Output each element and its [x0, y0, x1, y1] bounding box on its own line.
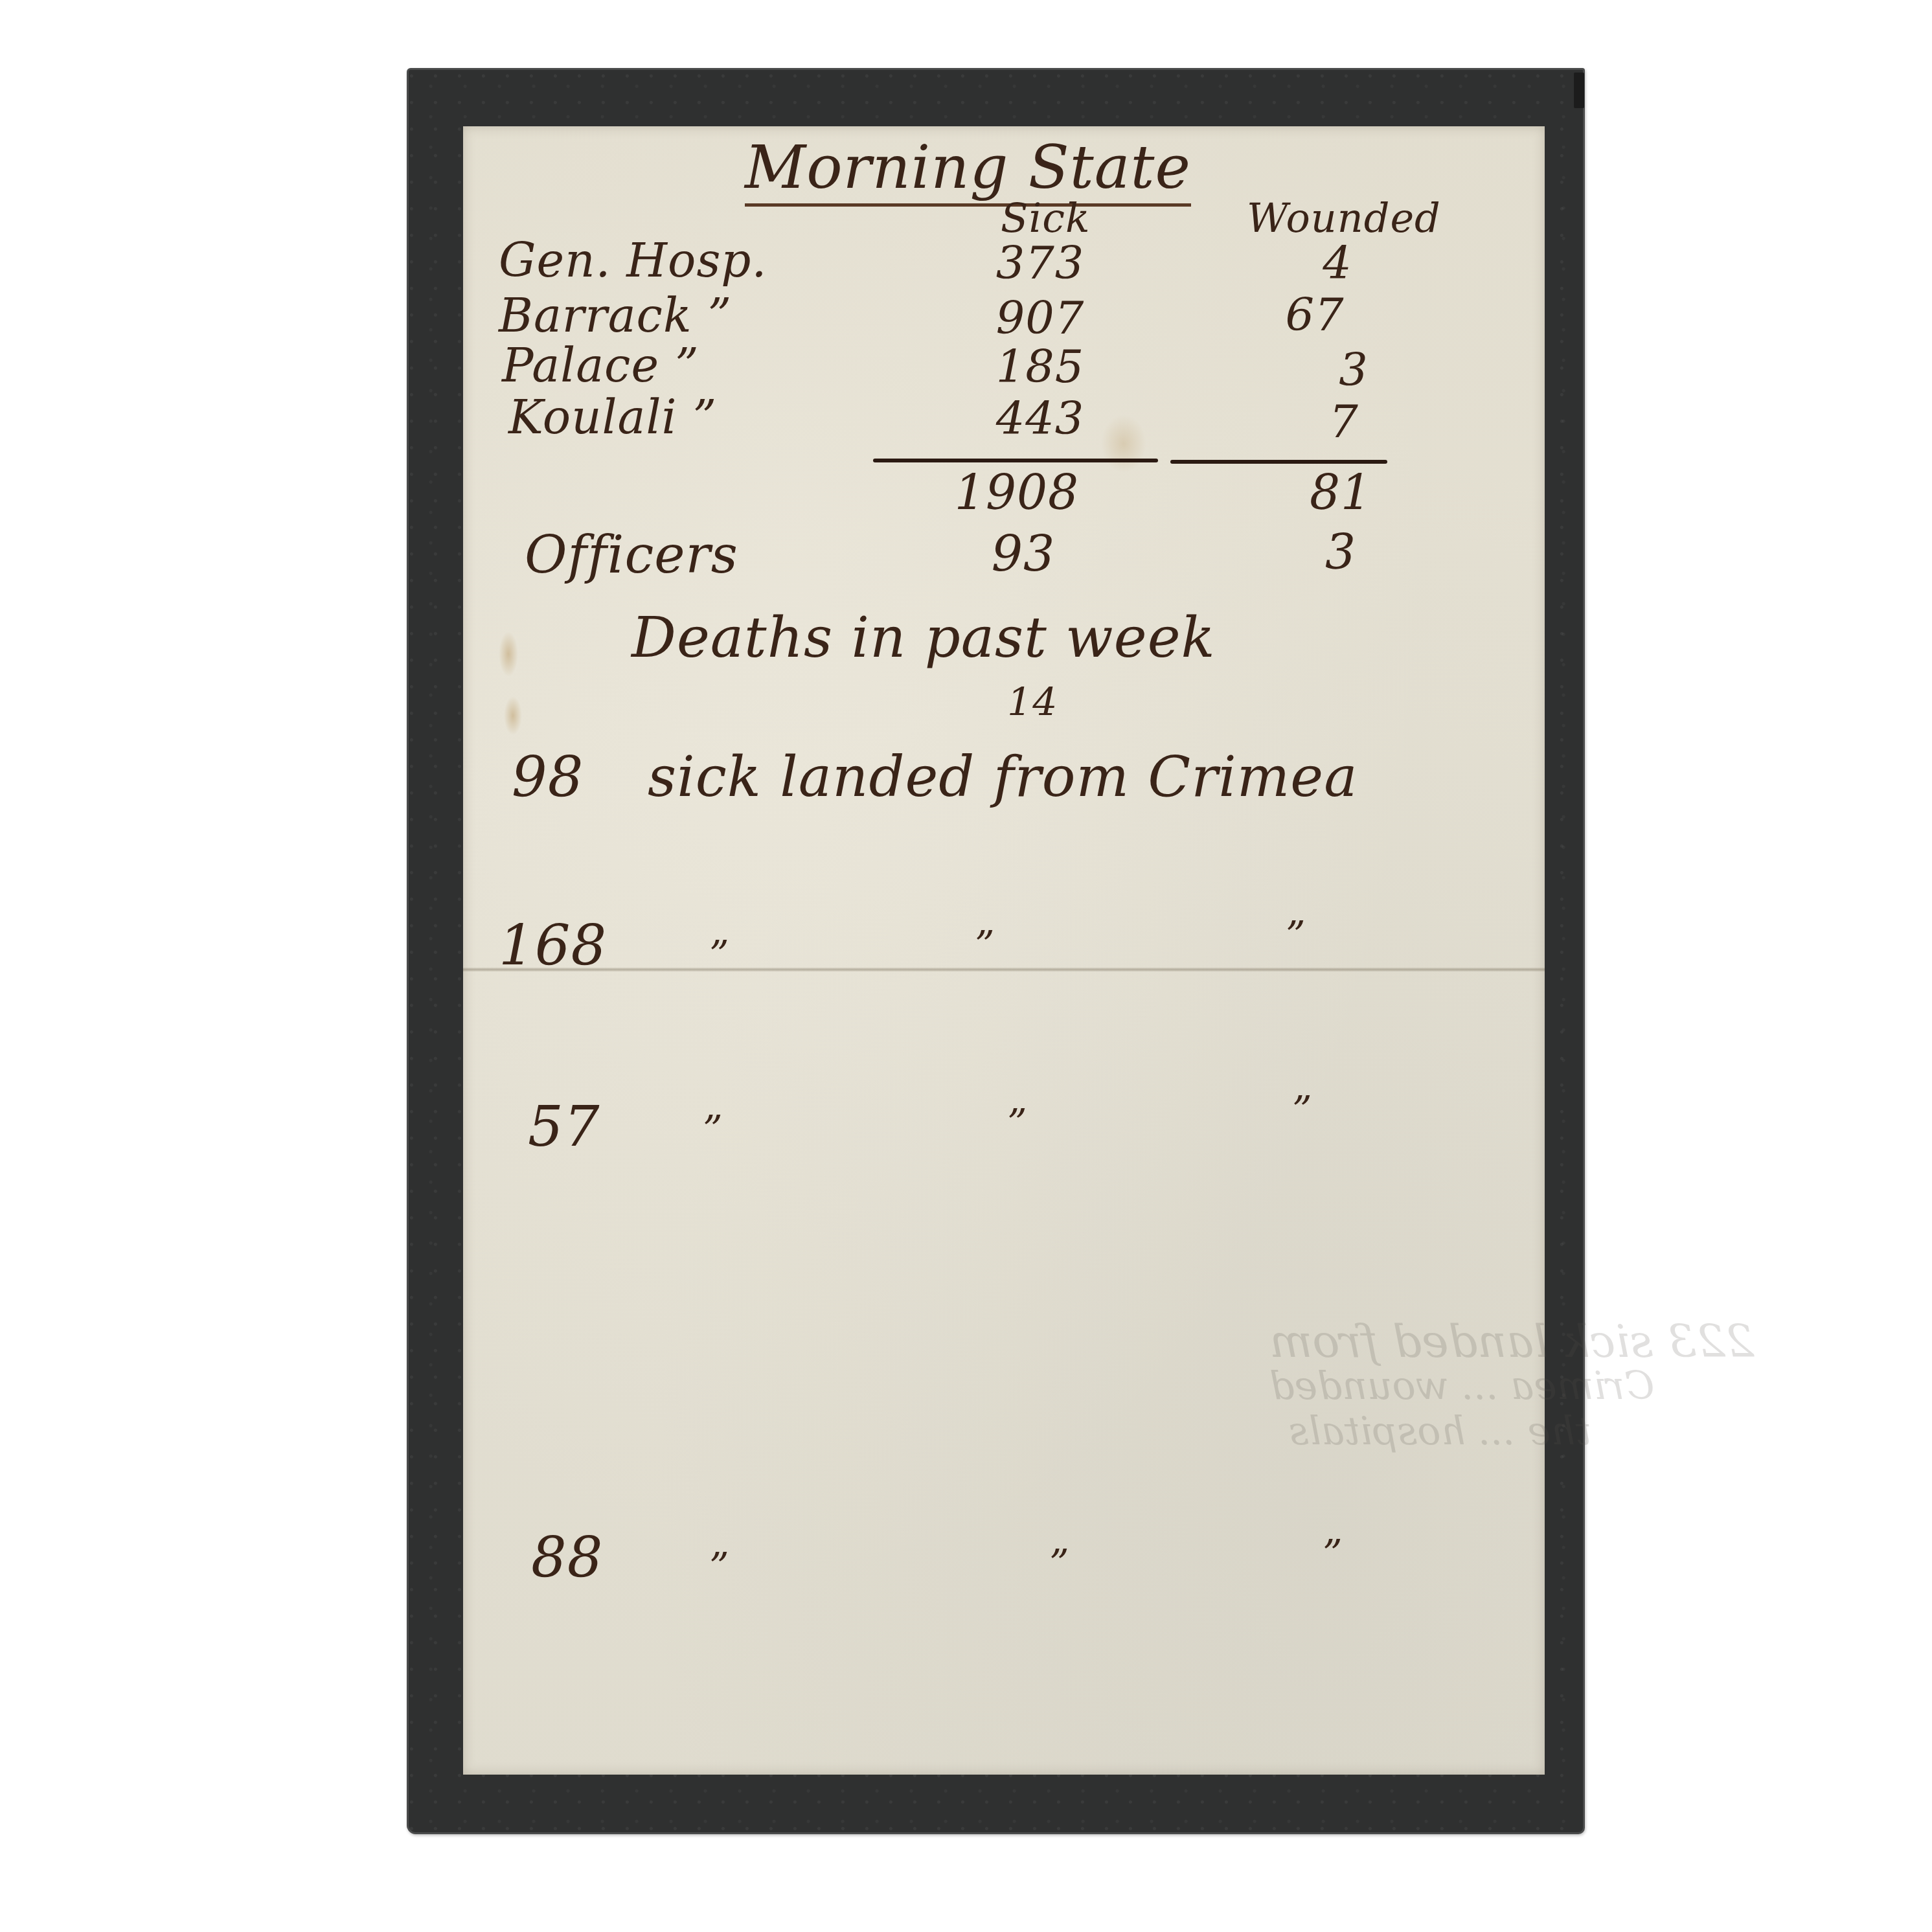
sum-rule-sick [873, 459, 1158, 462]
landed-count: 168 [499, 913, 607, 978]
column-header-sick: Sick [1001, 194, 1091, 242]
officers-sick: 93 [939, 525, 1108, 582]
officers-wounded: 3 [1256, 525, 1425, 580]
row-label: Barrack ” [499, 288, 732, 343]
deaths-label: Deaths in past week [631, 606, 1216, 670]
deaths-value: 14 [1007, 680, 1058, 725]
sick-value: 907 [956, 291, 1124, 345]
row-label: Koulali ” [508, 390, 717, 444]
ditto-mark: ” [1323, 1532, 1343, 1577]
paper-fold-line [463, 968, 1545, 972]
bleed-through-line: Crimea ... wounded [1269, 1363, 1654, 1409]
foxing-stain [499, 631, 518, 677]
sick-value: 443 [956, 392, 1124, 445]
wounded-value: 67 [1231, 288, 1399, 341]
landed-text: sick landed from Crimea [648, 745, 1358, 810]
ditto-mark: ” [975, 923, 995, 968]
row-label: Palace ” [502, 338, 699, 392]
landed-count: 88 [531, 1525, 603, 1590]
document-title: Morning State [745, 133, 1191, 207]
ditto-mark: ” [1286, 913, 1306, 959]
ditto-mark: ” [1049, 1541, 1070, 1587]
bleed-through-line: 223 sick landed from [1269, 1315, 1754, 1368]
ditto-mark: ” [1007, 1101, 1028, 1146]
ditto-mark: ” [1292, 1088, 1313, 1133]
officers-label: Officers [525, 525, 738, 585]
sum-rule-wounded [1170, 460, 1387, 464]
wounded-value: 3 [1269, 343, 1438, 396]
total-wounded: 81 [1256, 465, 1425, 521]
landed-count: 57 [528, 1095, 600, 1159]
foxing-stain [504, 696, 522, 735]
row-label: Gen. Hosp. [499, 233, 767, 288]
sick-value: 373 [956, 236, 1124, 290]
wounded-value: 4 [1253, 236, 1422, 290]
bleed-through-line: the ... hospitals [1289, 1409, 1591, 1454]
landed-count: 98 [512, 745, 584, 810]
ditto-mark: ” [709, 1545, 730, 1590]
total-sick: 1908 [933, 465, 1101, 521]
frame-corner-tab [1574, 73, 1584, 108]
ditto-mark: ” [703, 1108, 723, 1153]
sick-value: 185 [956, 340, 1124, 393]
wounded-value: 7 [1260, 395, 1428, 448]
column-header-wounded: Wounded [1247, 194, 1441, 242]
ditto-mark: ” [709, 933, 730, 978]
